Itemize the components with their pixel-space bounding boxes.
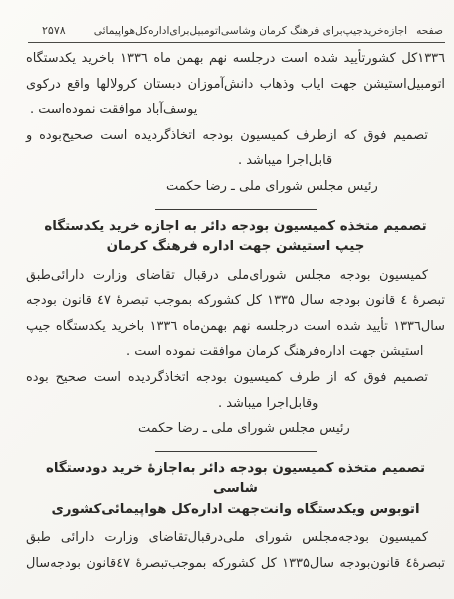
section-chassis-aviation: تصمیم متخذه کمیسیون بودجه دائر به‌اجازۀ … [26, 459, 445, 577]
section-divider [155, 209, 317, 210]
section-continued-resolution: ۱۳۳٦کل کشورتأیید شده است درجلسه نهم بهمن… [26, 46, 445, 200]
paragraph-line: یوسف‌آباد موافقت نموده‌است . [26, 97, 445, 123]
paragraph-line: قابل‌اجرا میباشد . [26, 148, 445, 174]
paragraph-line: ۱۳۳٦کل کشورتأیید شده است درجلسه نهم بهمن… [26, 46, 445, 72]
paragraph-line: اتومبیل‌استیشن جهت ایاب وذهاب دانش‌آموزا… [26, 72, 445, 98]
paragraph-line: تبصرۀ٤ قانون‌بودجه سال۱۳۳۵ کل کشورکه بمو… [26, 551, 445, 577]
header-title: اجازه‌خریدجیپ‌برای فرهنگ کرمان وشاسی‌اتو… [94, 25, 407, 37]
paragraph-line: کمیسیون بودجه مجلس شورای‌ملی درقبال تقاض… [26, 263, 445, 289]
paragraph-line: تبصرۀ ٤ قانون بودجه سال ۱۳۳۵ کل کشورکه ب… [26, 288, 445, 314]
paragraph-line: کمیسیون بودجه‌مجلس شورای ملی‌درقبال‌تقاض… [26, 525, 445, 551]
paragraph-line: تصمیم فوق که ازطرف کمیسیون بودجه اتخاذگر… [26, 123, 445, 149]
paragraph-line: وقابل‌اجرا میباشد . [26, 391, 445, 417]
section-divider [155, 451, 317, 452]
signature-line: رئیس مجلس شورای ملی ـ رضا حکمت [26, 416, 445, 442]
paragraph-line: تصمیم فوق که از طرف کمیسیون بودجه اتخاذگ… [26, 365, 445, 391]
heading-line: اتوبوس ویکدستگاه وانت‌جهت اداره‌کل هواپی… [26, 500, 445, 521]
paragraph-line: سال۱۳۳٦ تأیید شده است درجلسه نهم بهمن‌ما… [26, 314, 445, 340]
approval-paragraph: تصمیم فوق که ازطرف کمیسیون بودجه اتخاذگر… [26, 123, 445, 174]
heading-line: جیپ استیشن جهت اداره فرهنگ کرمان [26, 237, 445, 258]
budget-commission-paragraph: کمیسیون بودجه‌مجلس شورای ملی‌درقبال‌تقاض… [26, 525, 445, 576]
approval-paragraph: تصمیم فوق که از طرف کمیسیون بودجه اتخاذگ… [26, 365, 445, 416]
continued-paragraph: ۱۳۳٦کل کشورتأیید شده است درجلسه نهم بهمن… [26, 46, 445, 123]
page-header: صفحه اجازه‌خریدجیپ‌برای فرهنگ کرمان وشاس… [26, 24, 445, 37]
heading-line: تصمیم متخذه کمیسیون بودجه دائر به‌اجازۀ … [26, 459, 445, 500]
signature-line: رئیس مجلس شورای ملی ـ رضا حکمت [26, 174, 445, 200]
heading-line: تصمیم متخذه کمیسیون بودجه دائر به اجازه … [26, 217, 445, 238]
section-heading: تصمیم متخذه کمیسیون بودجه دائر به‌اجازۀ … [26, 459, 445, 521]
section-jeep-kerman: تصمیم متخذه کمیسیون بودجه دائر به اجازه … [26, 217, 445, 442]
paragraph-line: استیشن جهت اداره‌فرهنگ کرمان موافقت نمود… [26, 339, 445, 365]
document-page: صفحه اجازه‌خریدجیپ‌برای فرهنگ کرمان وشاس… [0, 0, 454, 599]
header-page-label: صفحه [416, 25, 443, 37]
section-heading: تصمیم متخذه کمیسیون بودجه دائر به اجازه … [26, 217, 445, 258]
header-rule [28, 42, 445, 43]
header-page-number: ۲۵۷۸ [42, 24, 66, 37]
budget-commission-paragraph: کمیسیون بودجه مجلس شورای‌ملی درقبال تقاض… [26, 263, 445, 365]
